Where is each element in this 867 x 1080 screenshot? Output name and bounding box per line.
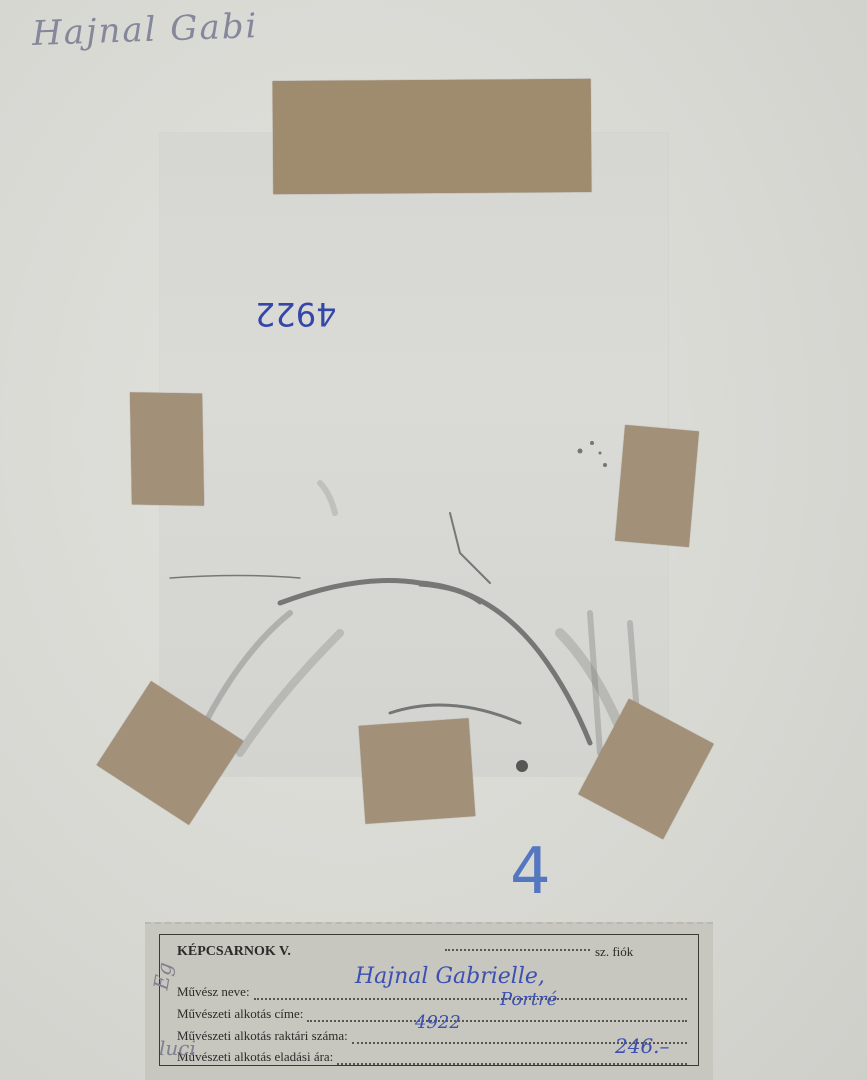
field-label: Művész neve: <box>177 984 250 1000</box>
dotted-line <box>307 1010 687 1022</box>
side-pencil-mark-1: Eg <box>149 960 177 991</box>
tape-hinge-bottom-middle <box>359 718 476 823</box>
blue-crayon-mark: 4 <box>510 835 551 909</box>
handwritten-sale-price: 246.– <box>615 1034 670 1058</box>
pencil-inscription: Hajnal Gabi <box>31 6 259 54</box>
tape-hinge-right <box>615 425 699 547</box>
field-label: Művészeti alkotás címe: <box>177 1006 303 1022</box>
mounting-board: Hajnal Gabi 49 <box>0 0 867 1080</box>
charcoal-sketch-image <box>160 133 668 776</box>
gallery-label: KÉPCSARNOK V. sz. fiók Művész neve: Művé… <box>145 922 713 1080</box>
side-pencil-mark-2: luci <box>159 1036 196 1060</box>
label-fiok-dots <box>445 949 590 951</box>
tape-hinge-left <box>130 392 204 505</box>
handwritten-artwork-title: Portré <box>500 989 557 1010</box>
field-label: Művészeti alkotás eladási ára: <box>177 1049 333 1065</box>
field-label: Művészeti alkotás raktári száma: <box>177 1028 348 1044</box>
inventory-number-upside-down: 4922 <box>255 295 336 333</box>
field-sale-price: Művészeti alkotás eladási ára: <box>177 1049 687 1065</box>
handwritten-inventory-number: 4922 <box>415 1012 461 1033</box>
handwritten-artist-name: Hajnal Gabrielle, <box>355 964 545 989</box>
tape-strip-top <box>273 79 592 194</box>
drawing-sheet <box>160 133 668 776</box>
label-fiok-suffix: sz. fiók <box>595 944 633 960</box>
label-title: KÉPCSARNOK V. <box>177 944 291 960</box>
dotted-line <box>254 988 687 1000</box>
